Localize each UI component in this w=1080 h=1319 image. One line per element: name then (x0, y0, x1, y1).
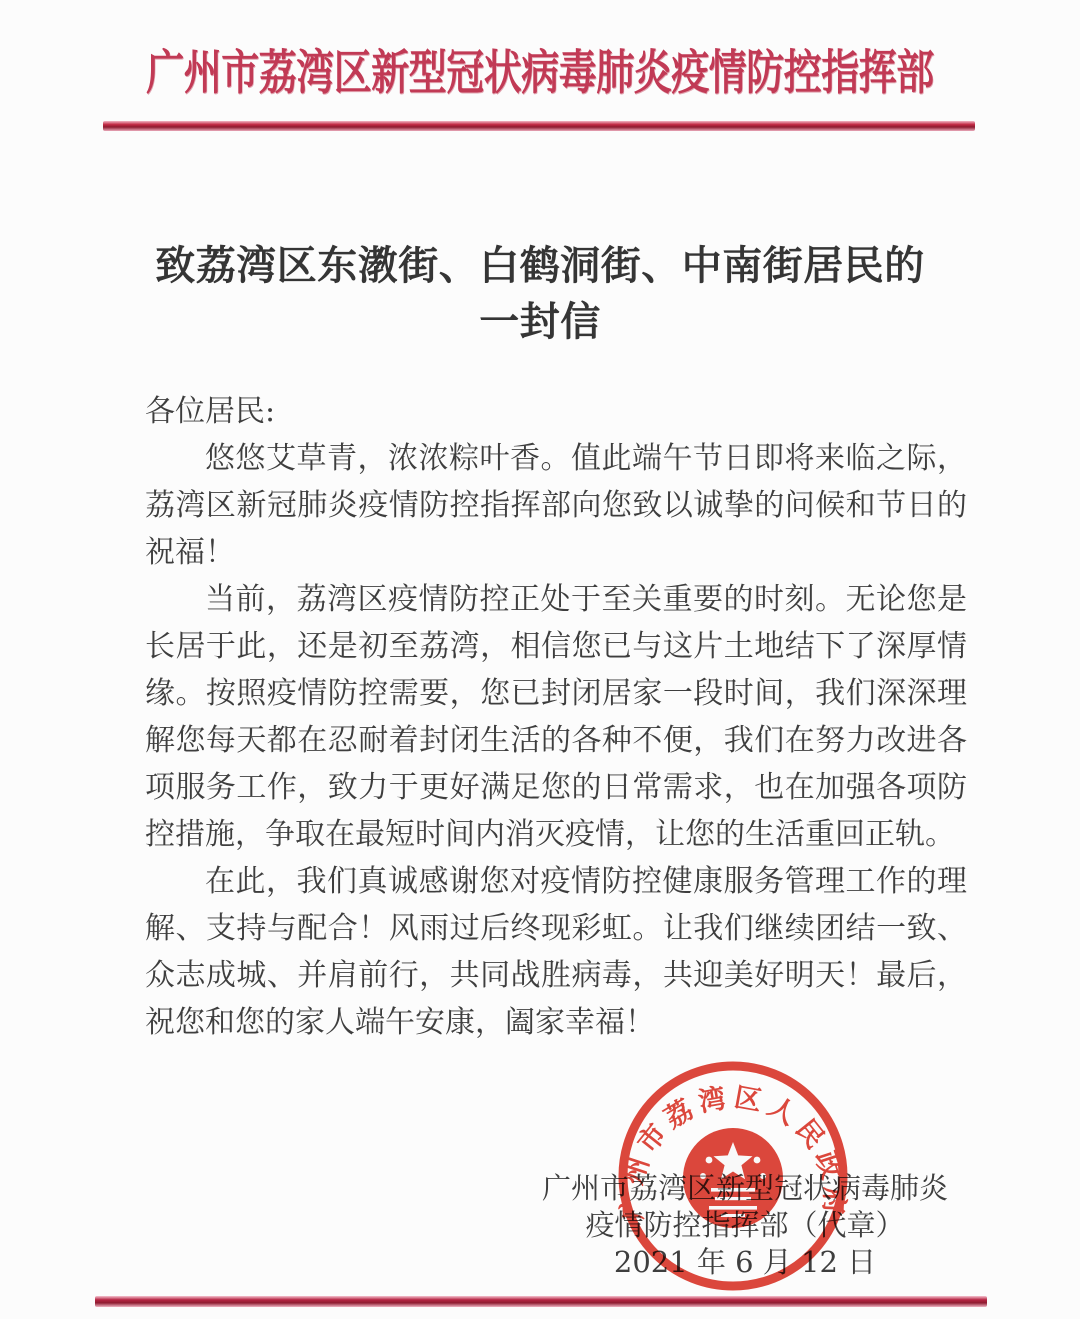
header-title: 广州市荔湾区新型冠状病毒肺炎疫情防控指挥部 (146, 34, 934, 103)
paragraph: 在此，我们真诚感谢您对疫情防控健康服务管理工作的理解、支持与配合！风雨过后终现彩… (145, 858, 967, 1046)
bottom-border-rule (95, 1296, 987, 1307)
document-header: 广州市荔湾区新型冠状病毒肺炎疫情防控指挥部 (0, 34, 1080, 89)
signature-block: 广州市荔湾区新型冠状病毒肺炎 疫情防控指挥部（代章） 2021 年 6 月 12… (465, 1170, 1025, 1281)
signature-date: 2021 年 6 月 12 日 (465, 1244, 1025, 1281)
signature-org-line1: 广州市荔湾区新型冠状病毒肺炎 (465, 1170, 1025, 1207)
letter-page: 广州市荔湾区新型冠状病毒肺炎疫情防控指挥部 致荔湾区东漖街、白鹤洞街、中南街居民… (0, 0, 1080, 1319)
paragraph: 悠悠艾草青，浓浓粽叶香。值此端午节日即将来临之际，荔湾区新冠肺炎疫情防控指挥部向… (145, 435, 967, 576)
header-divider-rule (103, 121, 975, 131)
salutation: 各位居民: (145, 388, 967, 435)
paragraph: 当前，荔湾区疫情防控正处于至关重要的时刻。无论您是长居于此，还是初至荔湾，相信您… (145, 576, 967, 858)
signature-org-line2: 疫情防控指挥部（代章） (465, 1207, 1025, 1244)
letter-body: 各位居民: 悠悠艾草青，浓浓粽叶香。值此端午节日即将来临之际，荔湾区新冠肺炎疫情… (145, 388, 967, 1046)
letter-title: 致荔湾区东漖街、白鹤洞街、中南街居民的 一封信 (0, 238, 1080, 350)
letter-title-line2: 一封信 (0, 294, 1080, 350)
letter-title-line1: 致荔湾区东漖街、白鹤洞街、中南街居民的 (0, 238, 1080, 294)
